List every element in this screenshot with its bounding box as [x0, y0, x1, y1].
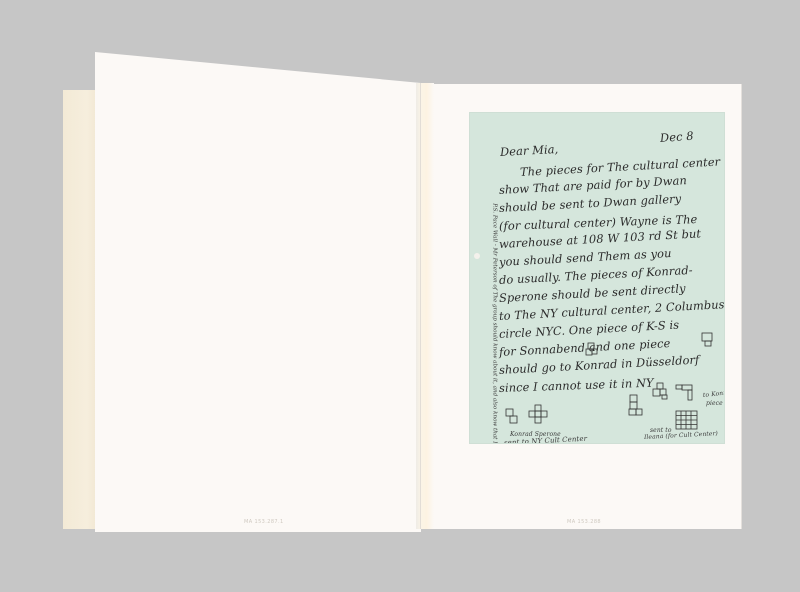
stack-sketch-icon	[630, 395, 650, 421]
cube-sketch-icon	[586, 343, 600, 357]
letter-line: The pieces for The cultural center	[520, 155, 721, 179]
margin-note: P.S. Pace Wall - Mr Peterson of The grou…	[491, 203, 498, 443]
letter-date: Dec 8	[660, 129, 695, 145]
catalog-number-left: MA 153.287.1	[244, 519, 284, 525]
cube-sketch-icon	[702, 333, 716, 347]
sketch-label: piece	[706, 400, 723, 407]
structure-sketch-icon	[676, 385, 700, 405]
cross-sketch-icon	[528, 405, 550, 427]
letter-line: since I cannot use it in NY	[499, 376, 654, 395]
stack-sketch-icon	[653, 383, 673, 403]
spine-line	[420, 83, 421, 529]
structure-sketch-icon	[506, 409, 526, 429]
left-page	[95, 52, 421, 532]
catalog-number-right: MA 153.288	[567, 519, 601, 525]
handwritten-letter: Dec 8 Dear Mia, The pieces for The cultu…	[470, 113, 724, 443]
book-gutter	[416, 83, 434, 529]
sketch-label: to Konrad	[703, 389, 724, 399]
punch-hole	[474, 253, 480, 259]
letter-salutation: Dear Mia,	[500, 142, 559, 159]
grid-sketch-icon	[676, 411, 700, 433]
